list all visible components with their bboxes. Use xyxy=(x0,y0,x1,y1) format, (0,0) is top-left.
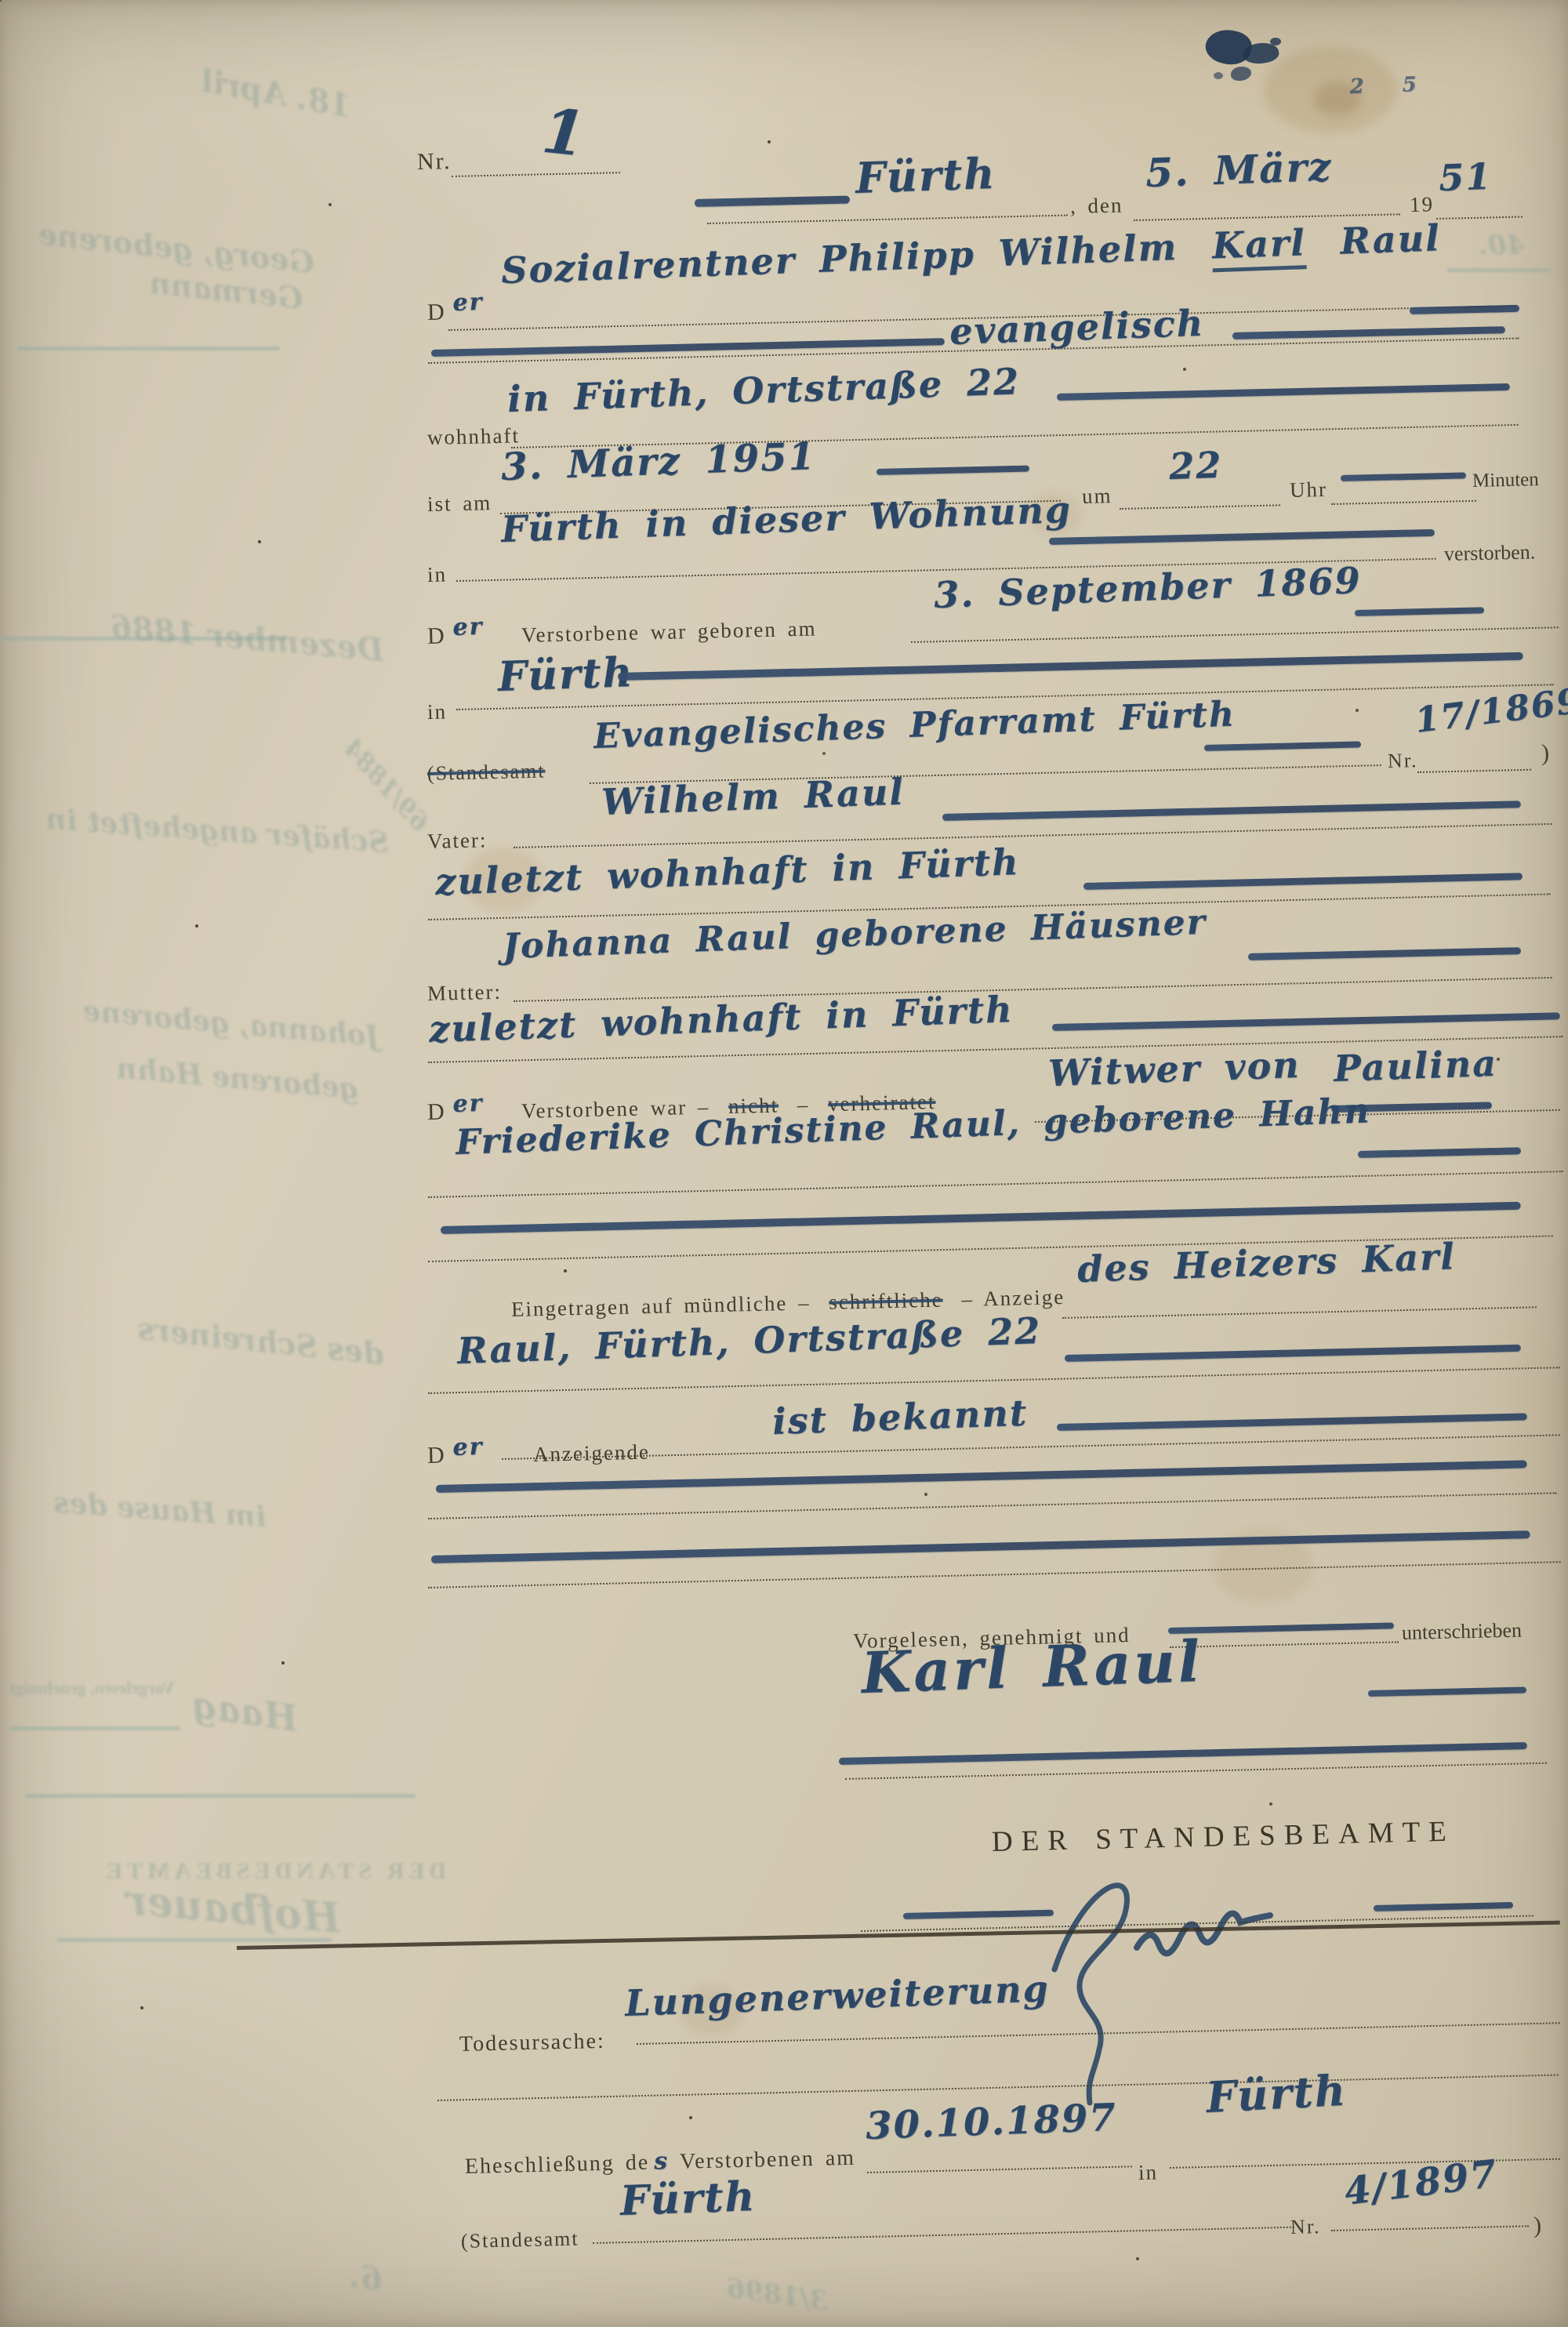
ink-stroke xyxy=(1374,1902,1513,1911)
bleedthrough-fragment: Haag xyxy=(190,1686,299,1737)
dotted-line xyxy=(428,1492,1557,1519)
marriage-date: 30.10.1897 xyxy=(865,2099,1117,2145)
um-label: um xyxy=(1082,484,1112,509)
marriage-place: Fürth xyxy=(1205,2069,1348,2118)
bleedthrough-fragment: des Schreiners xyxy=(136,1314,386,1370)
dotted-line xyxy=(1062,1306,1537,1319)
bleedthrough-fragment: 40. xyxy=(1479,232,1525,259)
dotted-line xyxy=(593,2227,1294,2244)
bleedthrough-line xyxy=(56,1938,332,1942)
ink-stroke xyxy=(877,466,1029,475)
d-suffix-hand: er xyxy=(452,1436,484,1460)
ink-stroke xyxy=(1248,947,1521,960)
schriftliche-struck: schriftliche xyxy=(829,1288,943,1314)
dotted-line xyxy=(1331,2225,1529,2231)
ink-stroke xyxy=(1057,1413,1527,1431)
deceased-surname: Raul xyxy=(1340,216,1442,262)
death-hour: 22 xyxy=(1168,447,1223,485)
bleedthrough-fragment: 69/1884 xyxy=(339,734,434,835)
widow-of-name: Paulina xyxy=(1333,1045,1497,1087)
dotted-line xyxy=(867,2165,1132,2173)
d-suffix-hand: er xyxy=(452,291,484,315)
dotted-line xyxy=(428,1561,1561,1588)
residence: in Fürth, Ortstraße 22 xyxy=(506,363,1020,417)
bleedthrough-line xyxy=(9,1726,180,1730)
minuten-label: Minuten xyxy=(1472,469,1539,492)
birth-place: Fürth xyxy=(497,652,634,698)
anzeigende-label: Anzeigende xyxy=(533,1440,651,1467)
eingetragen-label: Eingetragen auf mündliche – xyxy=(511,1291,811,1321)
ink-stroke xyxy=(1168,1622,1394,1634)
record-date: 5. März xyxy=(1145,147,1333,193)
den-label: , den xyxy=(1070,193,1123,219)
ink-stroke xyxy=(1358,1147,1521,1158)
in-label: in xyxy=(427,699,448,724)
margin-marks: 2 5 xyxy=(1349,74,1428,97)
dotted-line xyxy=(514,977,1552,1002)
verstorben-label: verstorben. xyxy=(1444,540,1536,566)
closing-paren: ) xyxy=(1534,2213,1544,2239)
bleedthrough-fragment: geborene Hahn xyxy=(115,1055,360,1104)
informant-line1: des Heizers Karl xyxy=(1076,1238,1456,1287)
ink-stroke xyxy=(1065,1345,1521,1362)
birth-registry: Evangelisches Pfarramt Fürth xyxy=(593,697,1236,754)
dotted-line xyxy=(1331,500,1476,505)
bleedthrough-fragment: Hofbauer xyxy=(124,1880,342,1940)
bleedthrough-line xyxy=(17,347,280,350)
ink-stroke xyxy=(1052,1012,1560,1031)
bleedthrough-fragment: 18. April xyxy=(198,65,354,122)
ink-stroke xyxy=(1368,1686,1526,1697)
todesursache-label: Todesursache: xyxy=(459,2029,605,2057)
bleedthrough-line xyxy=(25,1794,416,1798)
in-label: in xyxy=(427,562,448,587)
deceased-occupation-names: Sozialrentner Philipp Wilhelm xyxy=(500,226,1178,292)
ink-stroke xyxy=(1204,741,1361,751)
nr-label: Nr. xyxy=(1290,2215,1321,2239)
ink-stroke xyxy=(1057,383,1510,401)
standesamt-label-struck: (Standesamt xyxy=(427,760,546,786)
bleedthrough-fragment: Johanna, geborene xyxy=(82,997,380,1051)
ink-stroke xyxy=(839,1742,1527,1765)
dotted-line xyxy=(514,823,1552,848)
record-place: Fürth xyxy=(855,152,996,199)
vater-label: Vater: xyxy=(427,828,488,854)
marriage-registry-office: Fürth xyxy=(619,2176,757,2222)
birth-date: 3. September 1869 xyxy=(933,562,1362,613)
d-suffix-hand: er xyxy=(452,615,484,640)
eheschliessung-label: Eheschließung de xyxy=(465,2151,650,2179)
bleedthrough-fragment: Vorgelesen, genehmigt xyxy=(9,1679,175,1697)
s-suffix-hand: s xyxy=(654,2147,670,2175)
ink-stroke xyxy=(1232,326,1505,339)
bleedthrough-fragment: 3/1896 xyxy=(724,2274,829,2315)
nr-label: Nr. xyxy=(1388,749,1418,773)
year-written: 51 xyxy=(1438,158,1493,196)
uhr-label: Uhr xyxy=(1290,477,1328,503)
year-printed: 19 xyxy=(1410,192,1435,217)
ink-stroke xyxy=(695,196,850,207)
nr-value: 1 xyxy=(539,100,590,165)
mother-residence: zuletzt wohnhaft in Fürth xyxy=(428,991,1014,1047)
deceased-rufname: Karl xyxy=(1211,221,1307,272)
bleedthrough-line xyxy=(0,637,286,641)
dotted-line xyxy=(1170,1641,1399,1648)
informant-signature: Karl Raul xyxy=(860,1633,1203,1701)
d-prefix: D xyxy=(427,1098,446,1126)
dotted-line xyxy=(502,1434,1560,1460)
ink-stroke xyxy=(1410,305,1519,314)
d-prefix: D xyxy=(427,623,446,650)
dotted-line xyxy=(1436,216,1523,220)
ink-stroke xyxy=(1355,607,1484,616)
bleedthrough-fragment: im Hause des xyxy=(53,1489,267,1532)
ink-stroke xyxy=(618,652,1523,681)
paper-specks xyxy=(0,0,2,2)
anzeige-label: – Anzeige xyxy=(961,1285,1065,1311)
ink-stroke xyxy=(431,338,945,357)
geboren-am-label: Verstorbene war geboren am xyxy=(521,616,817,648)
ink-stroke xyxy=(1083,873,1523,890)
d-suffix-hand: er xyxy=(452,1092,484,1116)
ink-stroke xyxy=(1341,472,1466,481)
death-place: Fürth in dieser Wohnung xyxy=(500,492,1072,547)
dotted-line xyxy=(452,172,620,177)
ink-blot xyxy=(1214,72,1223,79)
birth-registry-number: 17/1869 xyxy=(1414,684,1568,739)
father-name: Wilhelm Raul xyxy=(601,774,905,820)
ink-stroke xyxy=(1049,529,1435,545)
bleedthrough-fragment: Schäfer angeheftet in xyxy=(45,805,389,857)
dotted-line xyxy=(1417,769,1531,773)
dotted-line xyxy=(428,1367,1560,1394)
deceased-name-line: Sozialrentner Philipp Wilhelm Karl Raul xyxy=(500,220,1441,289)
death-register-scan: 18. April Georg, geborene Germann 40. De… xyxy=(0,0,1568,2327)
dotted-line xyxy=(428,1171,1563,1198)
closing-paren: ) xyxy=(1541,740,1552,767)
unterschrieben-label: unterschrieben xyxy=(1402,1619,1523,1645)
dotted-line xyxy=(1120,504,1280,510)
known-hand: ist bekannt xyxy=(771,1395,1028,1439)
dotted-line xyxy=(707,215,1068,224)
ink-stroke xyxy=(431,1530,1530,1563)
bleedthrough-line xyxy=(1447,268,1551,272)
ink-blot xyxy=(1270,38,1281,45)
ist-am-label: ist am xyxy=(427,491,492,517)
dotted-line xyxy=(911,626,1559,643)
verstorbenen-am-label: Verstorbenen am xyxy=(680,2146,856,2174)
ink-stroke xyxy=(441,1202,1521,1234)
marriage-printed-line: Eheschließung desVerstorbenen am xyxy=(465,2146,856,2180)
in-label: in xyxy=(1138,2160,1159,2185)
death-date: 3. März 1951 xyxy=(500,437,816,486)
dotted-line xyxy=(845,1762,1547,1780)
mutter-label: Mutter: xyxy=(427,980,503,1006)
ink-stroke xyxy=(942,800,1521,821)
religion: evangelisch xyxy=(949,305,1204,350)
marital-status-hand: Witwer von xyxy=(1047,1047,1301,1091)
ink-blot xyxy=(1231,67,1251,81)
bleedthrough-fragment: 6. xyxy=(347,2260,384,2296)
d-prefix: D xyxy=(427,299,446,326)
nr-label: Nr. xyxy=(417,148,452,176)
d-prefix: D xyxy=(427,1442,446,1469)
standesamt-label: (Standesamt xyxy=(461,2227,579,2253)
